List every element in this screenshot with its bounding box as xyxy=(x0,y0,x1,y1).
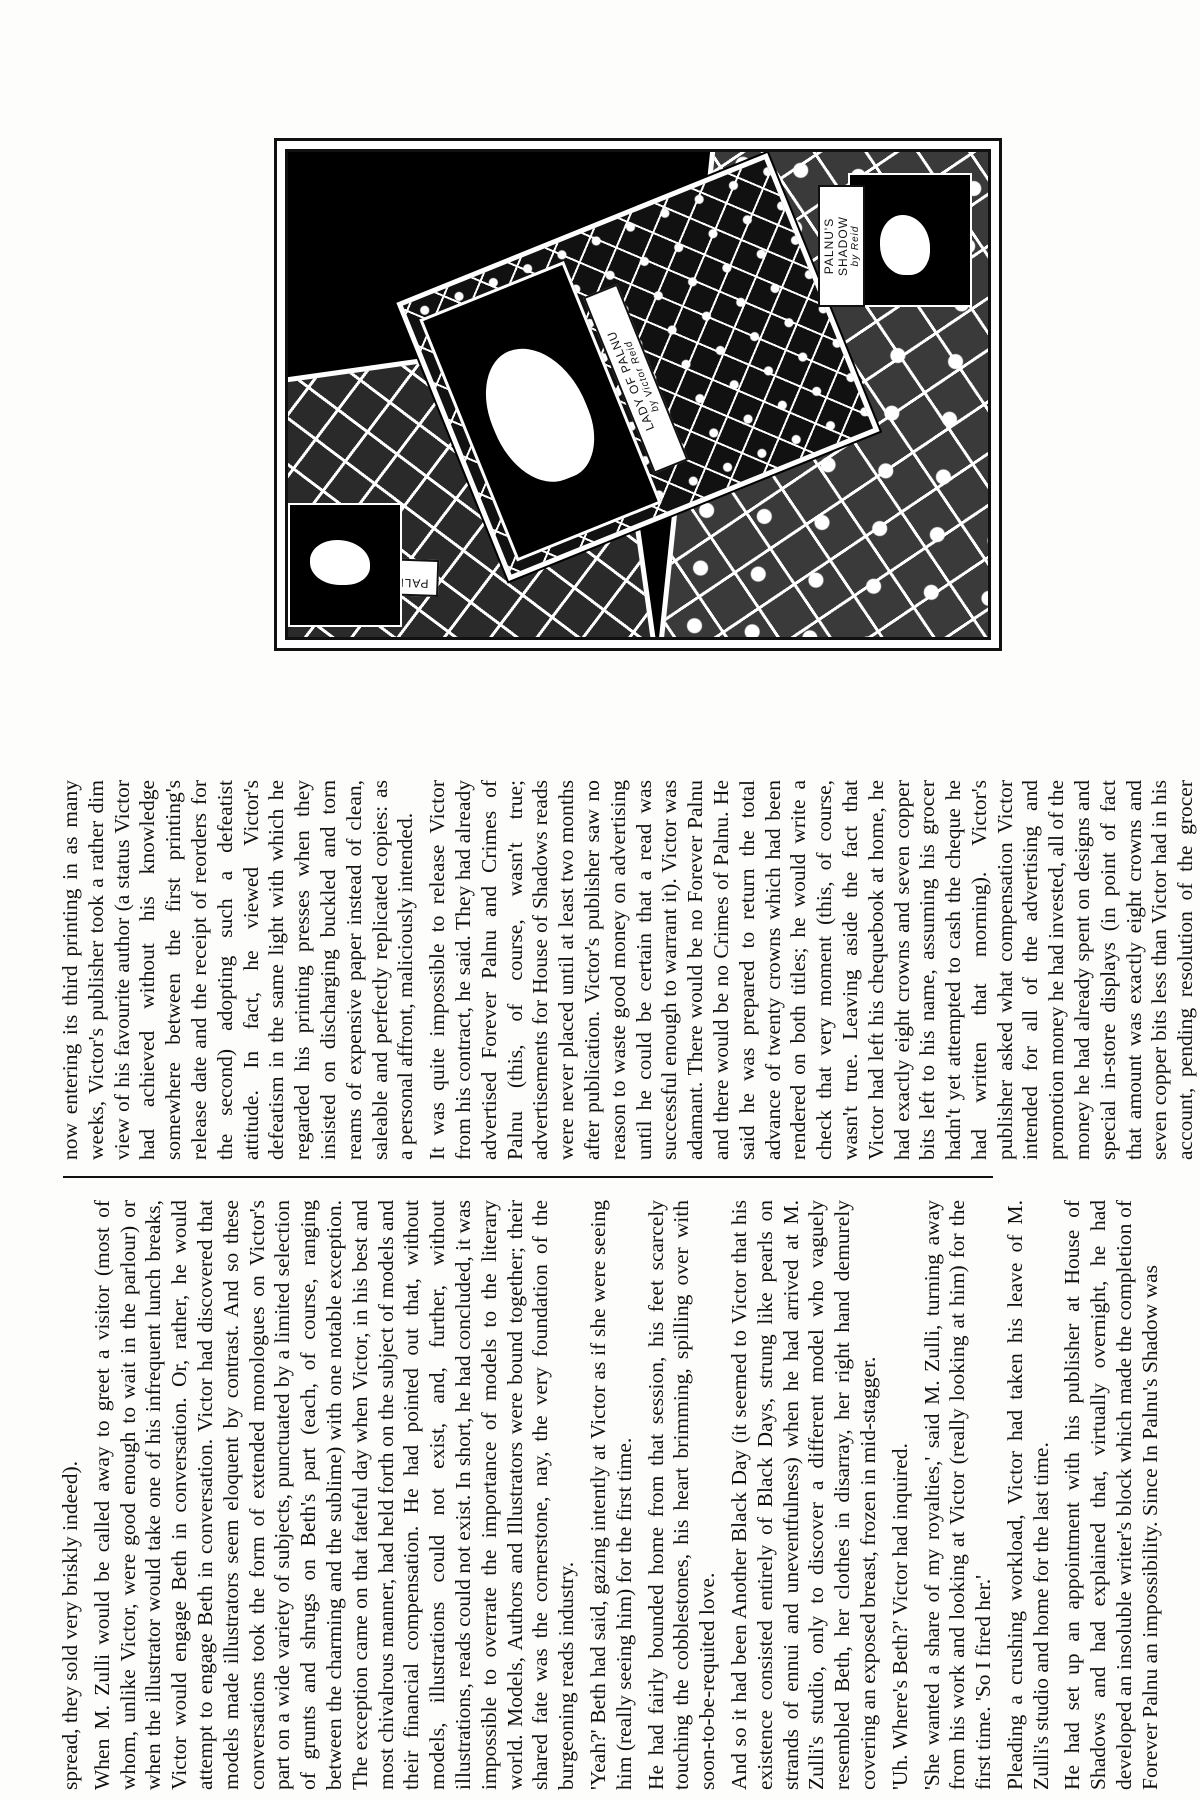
text-column-right: now entering its third printing in as ma… xyxy=(58,780,1200,1160)
paragraph: 'Uh. Where's Beth?' Victor had inquired. xyxy=(888,1200,914,1790)
book-title: Palnu's Shadow xyxy=(822,216,850,276)
text-column-left: spread, they sold very briskly indeed). … xyxy=(58,1200,1170,1790)
book-title-label: Palnu's Shadow by Reid xyxy=(818,185,865,307)
paragraph: Pleading a crushing workload, Victor had… xyxy=(1003,1200,1055,1790)
shadow-cover-art xyxy=(848,173,972,307)
paragraph: 'She wanted a share of my royalties,' sa… xyxy=(920,1200,997,1790)
paragraph: He had fairly bounded home from that ses… xyxy=(644,1200,721,1790)
figure-silhouette-icon xyxy=(880,215,930,275)
underworld-cover-art xyxy=(288,503,402,627)
paragraph: now entering its third printing in as ma… xyxy=(58,780,419,1160)
figure-silhouette-icon xyxy=(310,540,370,585)
paragraph: 'Yeah?' Beth had said, gazing intently a… xyxy=(586,1200,638,1790)
paragraph: And so it had been Another Black Day (it… xyxy=(727,1200,882,1790)
paragraph: It was quite impossible to release Victo… xyxy=(425,780,1200,1160)
paragraph: spread, they sold very briskly indeed). xyxy=(58,1200,84,1790)
book-covers-illustration: Palnu's Underworld by Victor Reid Lady o… xyxy=(285,149,991,640)
face-silhouette-icon xyxy=(469,332,610,497)
rotated-book-page: spread, they sold very briskly indeed). … xyxy=(0,0,1200,1800)
book-author: by Reid xyxy=(850,191,861,301)
column-divider xyxy=(63,1176,993,1178)
paragraph: He had set up an appointment with his pu… xyxy=(1060,1200,1163,1790)
paragraph: When M. Zulli would be called away to gr… xyxy=(90,1200,580,1790)
